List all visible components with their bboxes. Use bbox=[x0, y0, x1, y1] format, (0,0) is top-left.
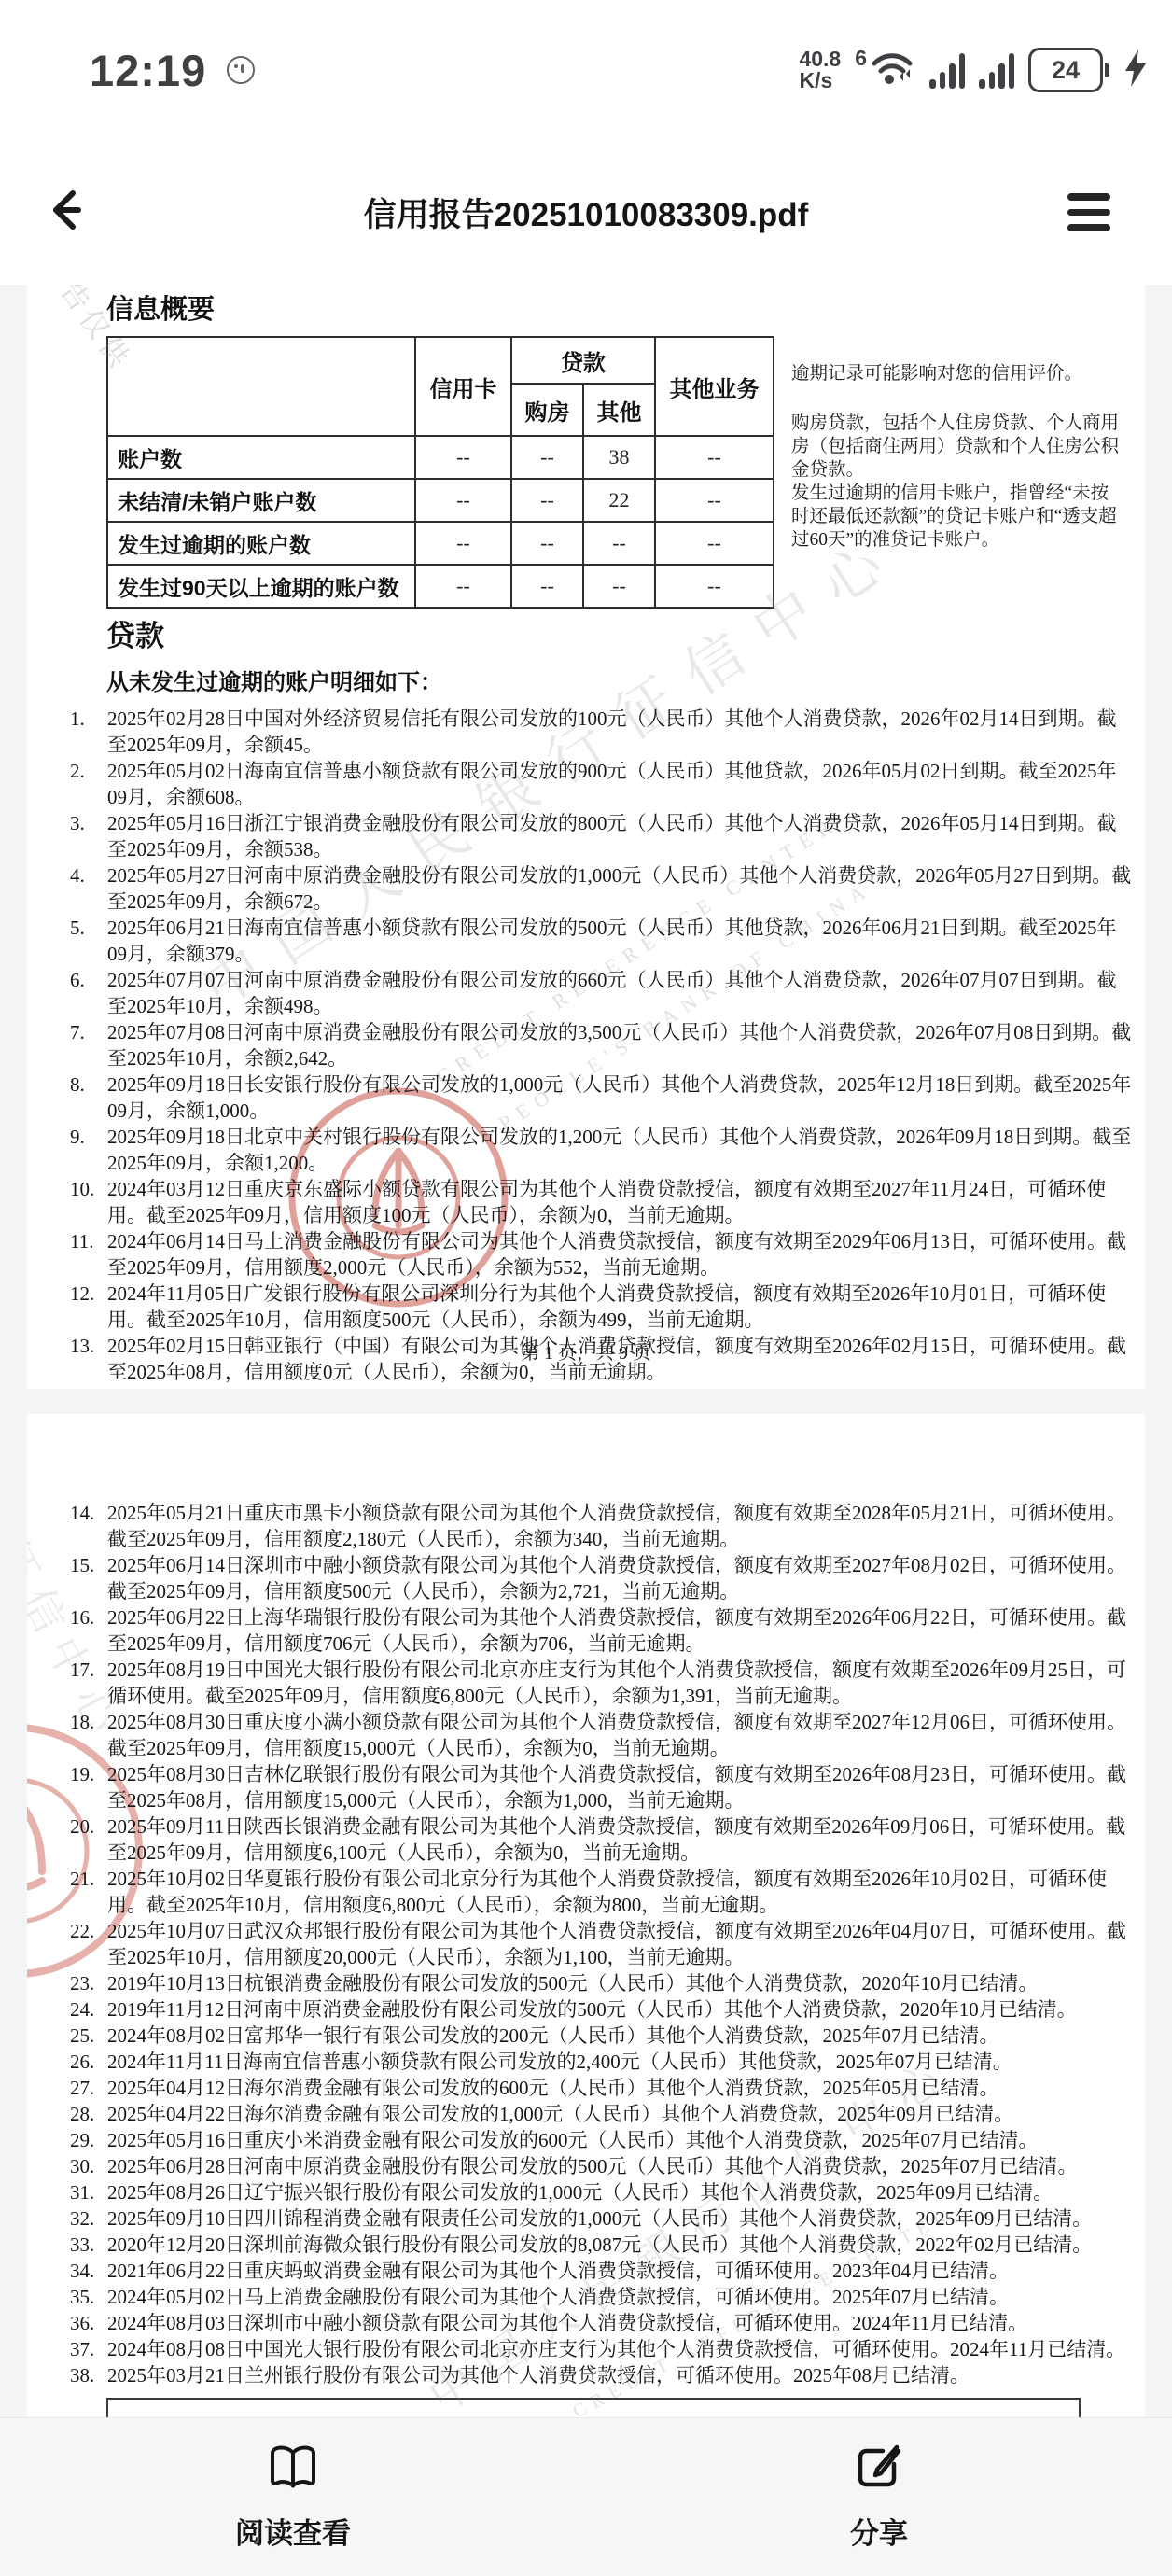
summary-note: 逾期记录可能影响对您的信用评价。 bbox=[791, 362, 1120, 385]
list-item: 33. 2020年12月20日深圳前海微众银行股份有限公司发放的8,087元（人… bbox=[70, 2232, 1132, 2258]
list-item-number: 28. bbox=[70, 2101, 104, 2127]
list-item-number: 32. bbox=[70, 2205, 104, 2232]
network-speed: 40.8 K/s bbox=[799, 49, 841, 91]
list-item-text: 2025年06月28日河南中原消费金融股份有限公司发放的500元（人民币）其他个… bbox=[107, 2155, 1078, 2177]
status-bar: 12:19 40.8 K/s 6 24 bbox=[0, 0, 1172, 140]
list-item: 36. 2024年08月03日深圳市中融小额贷款有限公司为其他个人消费贷款授信，… bbox=[70, 2310, 1132, 2336]
list-item-text: 2025年07月08日河南中原消费金融股份有限公司发放的3,500元（人民币）其… bbox=[107, 1021, 1131, 1070]
list-item-text: 2025年08月26日辽宁振兴银行股份有限公司发放的1,000元（人民币）其他个… bbox=[107, 2181, 1053, 2204]
list-item-text: 2025年08月30日重庆度小满小额贷款有限公司为其他个人消费贷款授信，额度有效… bbox=[107, 1711, 1126, 1759]
row-label: 账户数 bbox=[107, 436, 415, 479]
list-item: 35. 2024年05月02日马上消费金融股份有限公司为其他个人消费贷款授信，可… bbox=[70, 2284, 1132, 2310]
list-item-text: 2025年08月30日吉林亿联银行股份有限公司为其他个人消费贷款授信，额度有效期… bbox=[107, 1763, 1126, 1812]
cell-loan-other: 38 bbox=[583, 436, 655, 479]
read-view-button[interactable]: 阅读查看 bbox=[0, 2418, 586, 2576]
table-row: 账户数 -- -- 38 -- bbox=[107, 436, 774, 479]
list-item-number: 33. bbox=[70, 2232, 104, 2258]
list-item-number: 12. bbox=[70, 1281, 104, 1307]
list-item: 23. 2019年10月13日杭银消费金融股份有限公司发放的500元（人民币）其… bbox=[70, 1970, 1132, 1996]
list-item: 34. 2021年06月22日重庆蚂蚁消费金融有限公司为其他个人消费贷款授信，可… bbox=[70, 2258, 1132, 2284]
list-item-text: 2025年06月14日深圳市中融小额贷款有限公司为其他个人消费贷款授信，额度有效… bbox=[107, 1554, 1126, 1603]
list-item: 6. 2025年07月07日河南中原消费金融股份有限公司发放的660元（人民币）… bbox=[70, 967, 1132, 1019]
list-item: 31. 2025年08月26日辽宁振兴银行股份有限公司发放的1,000元（人民币… bbox=[70, 2179, 1132, 2205]
signal-sim1-icon bbox=[929, 51, 965, 89]
network-speed-value: 40.8 bbox=[799, 49, 841, 70]
list-item-number: 9. bbox=[70, 1124, 104, 1150]
network-speed-unit: K/s bbox=[799, 70, 832, 91]
list-item-text: 2025年08月19日中国光大银行股份有限公司北京亦庄支行为其他个人消费贷款授信… bbox=[107, 1659, 1126, 1707]
list-item-text: 2025年10月02日华夏银行股份有限公司北京分行为其他个人消费贷款授信，额度有… bbox=[107, 1868, 1107, 1916]
pdf-page-2: 征信中心 中国人民银行征信中心 CREDIT REFERENCE CENTER … bbox=[27, 1414, 1145, 2576]
share-button[interactable]: 分享 bbox=[586, 2418, 1172, 2576]
row-label: 未结清/未销户账户数 bbox=[107, 479, 415, 522]
list-item-text: 2025年09月18日长安银行股份有限公司发放的1,000元（人民币）其他个人消… bbox=[107, 1073, 1131, 1122]
list-item-text: 2024年11月05日广发银行股份有限公司深圳分行为其他个人消费贷款授信，额度有… bbox=[107, 1282, 1106, 1331]
list-item: 21. 2025年10月02日华夏银行股份有限公司北京分行为其他个人消费贷款授信… bbox=[70, 1866, 1132, 1918]
list-item: 4. 2025年05月27日河南中原消费金融股份有限公司发放的1,000元（人民… bbox=[70, 862, 1132, 915]
list-item-text: 2024年11月11日海南宜信普惠小额贷款有限公司发放的2,400元（人民币）其… bbox=[107, 2051, 1012, 2073]
signal-sim2-icon bbox=[979, 51, 1014, 89]
list-item-text: 2024年05月02日马上消费金融股份有限公司为其他个人消费贷款授信，可循环使用… bbox=[107, 2286, 1009, 2308]
list-item-number: 10. bbox=[70, 1176, 104, 1202]
list-item-number: 16. bbox=[70, 1604, 104, 1631]
book-icon bbox=[268, 2443, 318, 2495]
list-item: 10. 2024年03月12日重庆京东盛际小额贷款有限公司为其他个人消费贷款授信… bbox=[70, 1176, 1132, 1228]
share-compose-icon bbox=[855, 2443, 903, 2495]
list-item-number: 20. bbox=[70, 1813, 104, 1840]
loan-list-page2: 14. 2025年05月21日重庆市黑卡小额贷款有限公司为其他个人消费贷款授信，… bbox=[70, 1500, 1132, 2388]
list-item-number: 38. bbox=[70, 2362, 104, 2388]
loan-heading: 贷款 bbox=[106, 612, 1145, 654]
list-item: 14. 2025年05月21日重庆市黑卡小额贷款有限公司为其他个人消费贷款授信，… bbox=[70, 1500, 1132, 1552]
list-item-text: 2025年05月02日海南宜信普惠小额贷款有限公司发放的900元（人民币）其他贷… bbox=[107, 760, 1117, 808]
list-item: 19. 2025年08月30日吉林亿联银行股份有限公司为其他个人消费贷款授信，额… bbox=[70, 1761, 1132, 1813]
list-item-text: 2025年03月21日兰州银行股份有限公司为其他个人消费贷款授信，可循环使用。2… bbox=[107, 2364, 970, 2387]
battery-percent: 24 bbox=[1028, 48, 1103, 92]
list-item-number: 19. bbox=[70, 1761, 104, 1787]
col-purchase: 购房 bbox=[511, 384, 583, 436]
cell-other-business: -- bbox=[655, 479, 774, 522]
screen: { "status_bar": { "time": "12:19", "net_… bbox=[0, 0, 1172, 2576]
bottom-toolbar: 阅读查看 分享 bbox=[0, 2417, 1172, 2576]
summary-notes: 逾期记录可能影响对您的信用评价。购房贷款，包括个人住房贷款、个人商用房（包括商住… bbox=[791, 336, 1120, 607]
list-item-number: 21. bbox=[70, 1866, 104, 1892]
list-item: 32. 2025年09月10日四川锦程消费金融有限责任公司发放的1,000元（人… bbox=[70, 2205, 1132, 2232]
list-item: 5. 2025年06月21日海南宜信普惠小额贷款有限公司发放的500元（人民币）… bbox=[70, 915, 1132, 967]
list-item-number: 6. bbox=[70, 967, 104, 993]
list-item: 8. 2025年09月18日长安银行股份有限公司发放的1,000元（人民币）其他… bbox=[70, 1071, 1132, 1124]
summary-note: 发生过逾期的信用卡账户，指曾经“未按时还最低还款额”的贷记卡账户和“透支超过60… bbox=[791, 482, 1120, 552]
list-item-number: 4. bbox=[70, 862, 104, 889]
battery-indicator: 24 bbox=[1028, 48, 1109, 92]
list-item-text: 2024年08月03日深圳市中融小额贷款有限公司为其他个人消费贷款授信，可循环使… bbox=[107, 2312, 1027, 2334]
list-item: 15. 2025年06月14日深圳市中融小额贷款有限公司为其他个人消费贷款授信，… bbox=[70, 1552, 1132, 1604]
cell-credit-card: -- bbox=[415, 522, 511, 565]
list-item: 7. 2025年07月08日河南中原消费金融股份有限公司发放的3,500元（人民… bbox=[70, 1019, 1132, 1071]
title-bar: 信用报告20251010083309.pdf bbox=[0, 140, 1172, 285]
list-item-number: 3. bbox=[70, 810, 104, 836]
notification-icon bbox=[227, 56, 255, 84]
page-number-footer: 第 1 页，共 9 页 bbox=[27, 1337, 1145, 1365]
read-view-label: 阅读查看 bbox=[235, 2510, 351, 2552]
list-item: 37. 2024年08月08日中国光大银行股份有限公司北京亦庄支行为其他个人消费… bbox=[70, 2336, 1132, 2362]
cell-credit-card: -- bbox=[415, 479, 511, 522]
col-other-business: 其他业务 bbox=[655, 337, 774, 436]
pdf-page-1: 报告仅供 中国人民银行征信中心 CREDIT REFERENCE CENTER … bbox=[27, 285, 1145, 1389]
list-item-number: 35. bbox=[70, 2284, 104, 2310]
list-item: 27. 2025年04月12日海尔消费金融有限公司发放的600元（人民币）其他个… bbox=[70, 2075, 1132, 2101]
summary-table-body: 账户数 -- -- 38 -- 未结清/未销户账户数 -- -- 22 - bbox=[107, 436, 774, 608]
table-row: 发生过逾期的账户数 -- -- -- -- bbox=[107, 522, 774, 565]
list-item-number: 2. bbox=[70, 758, 104, 784]
list-item-text: 2025年09月10日四川锦程消费金融有限责任公司发放的1,000元（人民币）其… bbox=[107, 2207, 1092, 2230]
list-item-number: 1. bbox=[70, 706, 104, 732]
list-item: 17. 2025年08月19日中国光大银行股份有限公司北京亦庄支行为其他个人消费… bbox=[70, 1657, 1132, 1709]
pdf-viewport[interactable]: 报告仅供 中国人民银行征信中心 CREDIT REFERENCE CENTER … bbox=[0, 285, 1172, 2576]
list-item: 29. 2025年05月16日重庆小米消费金融有限公司发放的600元（人民币）其… bbox=[70, 2127, 1132, 2153]
list-item-number: 18. bbox=[70, 1709, 104, 1735]
list-item-number: 22. bbox=[70, 1918, 104, 1944]
list-item-text: 2025年09月11日陕西长银消费金融有限公司为其他个人消费贷款授信，额度有效期… bbox=[107, 1815, 1125, 1864]
list-item: 28. 2025年04月22日海尔消费金融有限公司发放的1,000元（人民币）其… bbox=[70, 2101, 1132, 2127]
list-item-number: 8. bbox=[70, 1071, 104, 1098]
list-item: 20. 2025年09月11日陕西长银消费金融有限公司为其他个人消费贷款授信，额… bbox=[70, 1813, 1132, 1866]
list-item-number: 7. bbox=[70, 1019, 104, 1045]
list-item-number: 29. bbox=[70, 2127, 104, 2153]
table-row: 未结清/未销户账户数 -- -- 22 -- bbox=[107, 479, 774, 522]
list-item-text: 2025年05月16日重庆小米消费金融有限公司发放的600元（人民币）其他个人消… bbox=[107, 2129, 1039, 2151]
list-item-text: 2021年06月22日重庆蚂蚁消费金融有限公司为其他个人消费贷款授信，可循环使用… bbox=[107, 2260, 1009, 2282]
col-credit-card: 信用卡 bbox=[415, 337, 511, 436]
menu-icon bbox=[1067, 193, 1110, 201]
wifi-icon bbox=[869, 48, 915, 93]
list-item-text: 2025年09月18日北京中关村银行股份有限公司发放的1,200元（人民币）其他… bbox=[107, 1126, 1131, 1174]
cell-credit-card: -- bbox=[415, 436, 511, 479]
list-item-number: 23. bbox=[70, 1970, 104, 1996]
list-item: 30. 2025年06月28日河南中原消费金融股份有限公司发放的500元（人民币… bbox=[70, 2153, 1132, 2179]
cell-loan-purchase: -- bbox=[511, 479, 583, 522]
summary-note: 购房贷款，包括个人住房贷款、个人商用房（包括商住两用）贷款和个人住房公积金贷款。 bbox=[791, 412, 1120, 482]
summary-heading: 信息概要 bbox=[106, 288, 1145, 327]
list-item-text: 2020年12月20日深圳前海微众银行股份有限公司发放的8,087元（人民币）其… bbox=[107, 2233, 1092, 2256]
list-item: 25. 2024年08月02日富邦华一银行有限公司发放的200元（人民币）其他个… bbox=[70, 2023, 1132, 2049]
list-item: 22. 2025年10月07日武汉众邦银行股份有限公司为其他个人消费贷款授信，额… bbox=[70, 1918, 1132, 1970]
cell-loan-other: -- bbox=[583, 565, 655, 608]
list-item: 24. 2019年11月12日河南中原消费金融股份有限公司发放的500元（人民币… bbox=[70, 1996, 1132, 2023]
list-item-text: 2024年08月08日中国光大银行股份有限公司北京亦庄支行为其他个人消费贷款授信… bbox=[107, 2338, 1125, 2360]
list-item-number: 25. bbox=[70, 2023, 104, 2049]
wifi6-badge: 6 bbox=[855, 46, 867, 71]
row-label: 发生过逾期的账户数 bbox=[107, 522, 415, 565]
list-item-number: 11. bbox=[70, 1228, 104, 1254]
cell-other-business: -- bbox=[655, 522, 774, 565]
list-item: 18. 2025年08月30日重庆度小满小额贷款有限公司为其他个人消费贷款授信，… bbox=[70, 1709, 1132, 1761]
list-item-number: 34. bbox=[70, 2258, 104, 2284]
list-item: 1. 2025年02月28日中国对外经济贸易信托有限公司发放的100元（人民币）… bbox=[70, 706, 1132, 758]
cell-loan-purchase: -- bbox=[511, 436, 583, 479]
list-item-text: 2025年10月07日武汉众邦银行股份有限公司为其他个人消费贷款授信，额度有效期… bbox=[107, 1920, 1126, 1968]
cell-loan-purchase: -- bbox=[511, 565, 583, 608]
list-item-number: 30. bbox=[70, 2153, 104, 2179]
cell-other-business: -- bbox=[655, 436, 774, 479]
col-loan: 贷款 bbox=[511, 337, 655, 384]
list-item-text: 2019年11月12日河南中原消费金融股份有限公司发放的500元（人民币）其他个… bbox=[107, 1998, 1077, 2021]
list-item-number: 15. bbox=[70, 1552, 104, 1578]
summary-table: 信用卡 贷款 其他业务 购房 其他 账户数 -- -- 38 bbox=[106, 336, 774, 609]
list-item-text: 2024年08月02日富邦华一银行有限公司发放的200元（人民币）其他个人消费贷… bbox=[107, 2024, 999, 2047]
list-item-text: 2025年07月07日河南中原消费金融股份有限公司发放的660元（人民币）其他个… bbox=[107, 969, 1117, 1017]
table-row: 发生过90天以上逾期的账户数 -- -- -- -- bbox=[107, 565, 774, 608]
battery-nub bbox=[1105, 63, 1109, 77]
charging-icon bbox=[1123, 49, 1148, 92]
share-label: 分享 bbox=[850, 2510, 908, 2552]
list-item: 16. 2025年06月22日上海华瑞银行股份有限公司为其他个人消费贷款授信，额… bbox=[70, 1604, 1132, 1657]
list-item-text: 2025年02月28日中国对外经济贸易信托有限公司发放的100元（人民币）其他个… bbox=[107, 707, 1117, 756]
list-item-text: 2025年05月21日重庆市黑卡小额贷款有限公司为其他个人消费贷款授信，额度有效… bbox=[107, 1502, 1126, 1550]
list-item-text: 2025年06月21日海南宜信普惠小额贷款有限公司发放的500元（人民币）其他贷… bbox=[107, 917, 1117, 965]
list-item-number: 31. bbox=[70, 2179, 104, 2205]
col-other: 其他 bbox=[583, 384, 655, 436]
list-item-number: 24. bbox=[70, 1996, 104, 2023]
loan-subheading: 从未发生过逾期的账户明细如下： bbox=[106, 664, 1145, 696]
list-item-number: 37. bbox=[70, 2336, 104, 2362]
list-item: 2. 2025年05月02日海南宜信普惠小额贷款有限公司发放的900元（人民币）… bbox=[70, 758, 1132, 810]
list-item-text: 2025年04月22日海尔消费金融有限公司发放的1,000元（人民币）其他个人消… bbox=[107, 2103, 1013, 2125]
list-item-text: 2019年10月13日杭银消费金融股份有限公司发放的500元（人民币）其他个人消… bbox=[107, 1972, 1039, 1995]
list-item-text: 2025年05月16日浙江宁银消费金融股份有限公司发放的800元（人民币）其他个… bbox=[107, 812, 1117, 861]
menu-button[interactable] bbox=[1067, 185, 1123, 241]
list-item-text: 2025年06月22日上海华瑞银行股份有限公司为其他个人消费贷款授信，额度有效期… bbox=[107, 1606, 1126, 1655]
list-item-number: 14. bbox=[70, 1500, 104, 1526]
row-label: 发生过90天以上逾期的账户数 bbox=[107, 565, 415, 608]
clock: 12:19 bbox=[90, 45, 206, 96]
cell-other-business: -- bbox=[655, 565, 774, 608]
list-item: 38. 2025年03月21日兰州银行股份有限公司为其他个人消费贷款授信，可循环… bbox=[70, 2362, 1132, 2388]
page-title: 信用报告20251010083309.pdf bbox=[0, 189, 1172, 236]
list-item-text: 2025年05月27日河南中原消费金融股份有限公司发放的1,000元（人民币）其… bbox=[107, 864, 1131, 913]
list-item: 11. 2024年06月14日马上消费金融股份有限公司为其他个人消费贷款授信，额… bbox=[70, 1228, 1132, 1281]
list-item-number: 5. bbox=[70, 915, 104, 941]
list-item: 9. 2025年09月18日北京中关村银行股份有限公司发放的1,200元（人民币… bbox=[70, 1124, 1132, 1176]
back-arrow-icon bbox=[50, 188, 103, 237]
summary-section: 信用卡 贷款 其他业务 购房 其他 账户数 -- -- 38 bbox=[106, 336, 1145, 607]
cell-credit-card: -- bbox=[415, 565, 511, 608]
list-item: 12. 2024年11月05日广发银行股份有限公司深圳分行为其他个人消费贷款授信… bbox=[70, 1281, 1132, 1333]
list-item-number: 26. bbox=[70, 2049, 104, 2075]
cell-loan-other: 22 bbox=[583, 479, 655, 522]
list-item-number: 27. bbox=[70, 2075, 104, 2101]
list-item: 26. 2024年11月11日海南宜信普惠小额贷款有限公司发放的2,400元（人… bbox=[70, 2049, 1132, 2075]
list-item-text: 2024年06月14日马上消费金融股份有限公司为其他个人消费贷款授信，额度有效期… bbox=[107, 1230, 1126, 1279]
list-item-number: 36. bbox=[70, 2310, 104, 2336]
list-item-number: 17. bbox=[70, 1657, 104, 1683]
list-item-text: 2024年03月12日重庆京东盛际小额贷款有限公司为其他个人消费贷款授信，额度有… bbox=[107, 1178, 1106, 1226]
loan-list-page1: 1. 2025年02月28日中国对外经济贸易信托有限公司发放的100元（人民币）… bbox=[70, 706, 1132, 1385]
list-item: 3. 2025年05月16日浙江宁银消费金融股份有限公司发放的800元（人民币）… bbox=[70, 810, 1132, 862]
list-item-text: 2025年04月12日海尔消费金融有限公司发放的600元（人民币）其他个人消费贷… bbox=[107, 2077, 999, 2099]
cell-loan-other: -- bbox=[583, 522, 655, 565]
cell-loan-purchase: -- bbox=[511, 522, 583, 565]
back-button[interactable] bbox=[49, 185, 105, 241]
